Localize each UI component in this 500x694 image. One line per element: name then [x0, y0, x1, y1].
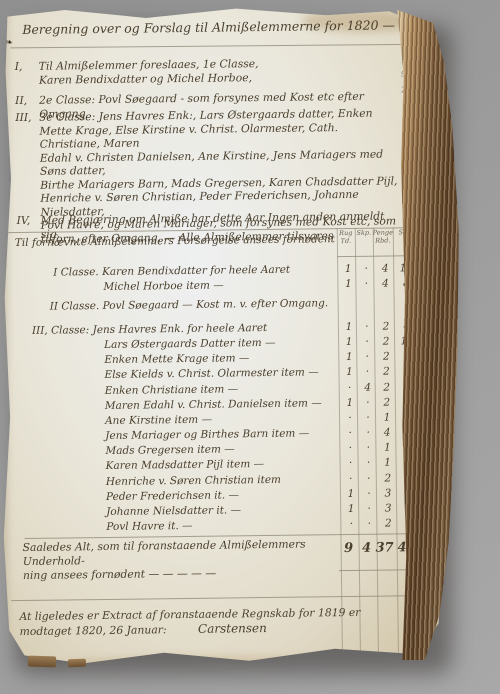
- cell-rug-td: ·: [341, 381, 359, 393]
- cell-rug-td: 1: [340, 366, 358, 378]
- sum-penge-rbd: 37: [374, 540, 396, 555]
- cell-penge-rbd: 1: [378, 457, 398, 469]
- cell-rug-skp: ·: [360, 457, 378, 469]
- column-header: Rug Td.: [337, 230, 355, 245]
- column-unit: Rbd.: [373, 237, 393, 245]
- section-lines: Til Almißelemmer foreslaaes, 1e Classe, …: [39, 55, 397, 86]
- cell-penge-rbd: 2: [378, 518, 398, 530]
- cell-penge-rbd: 4: [375, 278, 395, 290]
- cell-rug-td: 1: [340, 321, 358, 333]
- column-unit: Td.: [337, 237, 355, 245]
- sum-caption: Saaledes Alt, som til foranstaaende Almi…: [23, 537, 335, 583]
- pen-mark: ❧: [5, 38, 12, 47]
- sum-caption-line: Saaledes Alt, som til foranstaaende Almi…: [23, 537, 335, 569]
- cell-rug-skp: ·: [357, 263, 375, 275]
- cell-rug-td: 1: [341, 397, 359, 409]
- cell-rug-td: 1: [339, 278, 357, 290]
- sum-rug-td: 9: [340, 541, 358, 556]
- cell-rug-td: 1: [340, 351, 358, 363]
- cell-rug-td: ·: [342, 518, 360, 530]
- page-edge-tab: [28, 656, 56, 668]
- cell-penge-rbd: 2: [377, 381, 397, 393]
- cell-rug-td: 1: [342, 488, 360, 500]
- cell-rug-td: 1: [339, 263, 357, 275]
- recipient-name: II Classe. Povl Søegaard — Kost m. v. ef…: [32, 297, 340, 313]
- cell-penge-rbd: 3: [378, 487, 398, 499]
- cell-rug-td: ·: [341, 427, 359, 439]
- column-header: Penge Rbd.: [373, 229, 393, 244]
- cell-rug-skp: ·: [358, 320, 376, 332]
- cell-rug-skp: ·: [360, 472, 378, 484]
- cell-penge-rbd: 4: [375, 263, 395, 275]
- cell-rug-skp: ·: [357, 278, 375, 290]
- cell-rug-td: ·: [341, 442, 359, 454]
- recipient-name: Michel Horboe item —: [31, 278, 339, 294]
- recipient-name: Povl Havre it. —: [34, 518, 342, 534]
- cell-rug-skp: 4: [359, 381, 377, 393]
- footer-line-text: modtaget 1820, 26 Januar:: [20, 623, 167, 638]
- cell-rug-skp: ·: [358, 351, 376, 363]
- cell-penge-rbd: 2: [378, 472, 398, 484]
- handwritten-content: ❧ Beregning over og Forslag til Almißele…: [2, 3, 460, 672]
- cell-rug-skp: ·: [360, 487, 378, 499]
- cell-penge-rbd: 4: [377, 426, 397, 438]
- section-numeral: I,: [15, 60, 39, 87]
- cell-penge-rbd: 1: [377, 442, 397, 454]
- cell-rug-skp: ·: [359, 396, 377, 408]
- manuscript-page: ❧ Beregning over og Forslag til Almißele…: [2, 6, 452, 670]
- table-intro: Til fornævnte Almißelemmers Forsørgelse …: [15, 233, 335, 249]
- cell-penge-rbd: 2: [376, 320, 396, 332]
- cell-rug-td: 1: [342, 503, 360, 515]
- header-underline: [337, 255, 415, 257]
- cell-penge-rbd: 2: [376, 366, 396, 378]
- cell-rug-td: ·: [342, 472, 360, 484]
- photo-frame: ❧ Beregning over og Forslag til Almißele…: [0, 0, 500, 694]
- signature: Carstensen: [198, 621, 267, 636]
- cell-rug-skp: ·: [359, 427, 377, 439]
- cell-rug-td: ·: [341, 412, 359, 424]
- cell-rug-td: 1: [340, 336, 358, 348]
- title-underline: [10, 44, 420, 49]
- cell-rug-skp: ·: [360, 503, 378, 515]
- cell-penge-rbd: 1: [377, 411, 397, 423]
- column-header: Skp.: [355, 230, 373, 245]
- page-edge-tab: [68, 659, 86, 668]
- cell-penge-rbd: 3: [378, 502, 398, 514]
- cell-penge-rbd: 2: [376, 351, 396, 363]
- page-title: Beregning over og Forslag til Almißelemm…: [22, 17, 422, 37]
- cell-penge-rbd: 2: [377, 396, 397, 408]
- cell-rug-td: ·: [342, 457, 360, 469]
- cell-rug-skp: ·: [359, 442, 377, 454]
- column-unit: Skp.: [355, 230, 373, 238]
- cell-rug-skp: ·: [360, 518, 378, 530]
- cell-penge-rbd: 2: [376, 335, 396, 347]
- footer-note: At ligeledes er Extract af foranstaaende…: [19, 604, 419, 639]
- sum-caption-line: ning ansees fornødent — — — — —: [23, 565, 335, 583]
- section-1: I, Til Almißelemmer foreslaaes, 1e Class…: [15, 55, 397, 87]
- cell-rug-skp: ·: [358, 366, 376, 378]
- cell-rug-skp: ·: [358, 336, 376, 348]
- cell-rug-skp: ·: [359, 412, 377, 424]
- table-row: II Classe. Povl Søegaard — Kost m. v. ef…: [32, 293, 418, 313]
- table-rows: I Classe. Karen Bendixdatter for heele A…: [31, 259, 420, 534]
